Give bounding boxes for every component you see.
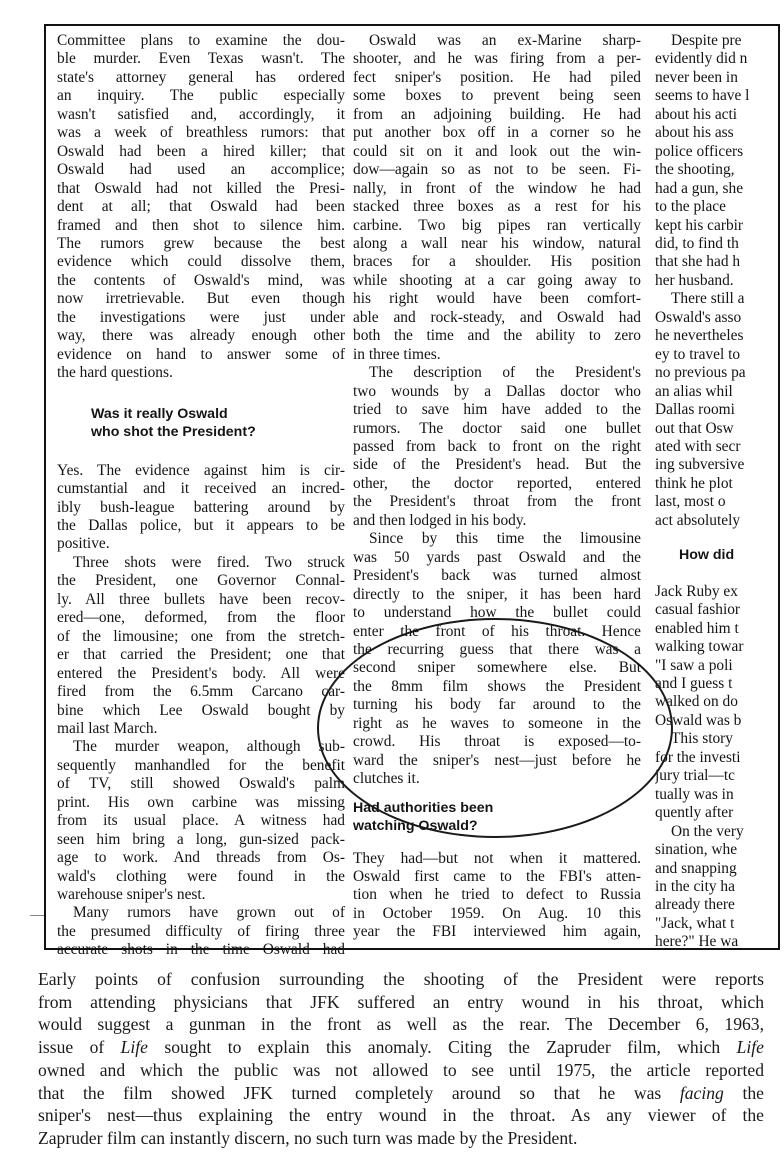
text-line: quently after xyxy=(655,804,775,822)
text-line: dow—again so as not to be seen. Fi- xyxy=(353,161,641,179)
caption-line: that the film showed JFK turned complete… xyxy=(38,1082,764,1105)
text-line: tually was in xyxy=(655,786,775,804)
text-line: clutches it. xyxy=(353,770,641,788)
article-column-2: Oswald was an ex-Marine sharp-shooter, a… xyxy=(353,32,641,942)
text-line: both the time and the ability to zero xyxy=(353,327,641,345)
text-line: enter the front of his throat. Hence xyxy=(353,623,641,641)
paragraph: They had—but not when it mattered.Oswald… xyxy=(353,850,641,942)
text-line: of the limousine; one from the stretch- xyxy=(57,628,345,646)
text-line: the President's throat from the front xyxy=(353,493,641,511)
article-column-3-clipped: Despite preevidently did nnever been ins… xyxy=(655,32,775,952)
text-line: did, to find th xyxy=(655,235,775,253)
text-line: tried to save him have added to the xyxy=(353,401,641,419)
text-line: carbine. Two big pipes ran vertically xyxy=(353,217,641,235)
text-line: directly to the sniper, it has been hard xyxy=(353,586,641,604)
text-line: dent at all; that Oswald had been xyxy=(57,198,345,216)
text-line: accurate shots in the time Oswald had xyxy=(57,941,345,959)
text-line: in the city ha xyxy=(655,878,775,896)
text-line: while shooting at a car going away to xyxy=(353,272,641,290)
text-line: the shooting, xyxy=(655,161,775,179)
text-line: ey to travel to xyxy=(655,346,775,364)
text-line: seen him bring a long, gun-sized pack- xyxy=(57,831,345,849)
text-line: that Oswald had not killed the Presi- xyxy=(57,180,345,198)
text-line: act absolutely xyxy=(655,512,775,530)
text-line: The rumors grew because the best xyxy=(57,235,345,253)
text-line: never been in xyxy=(655,69,775,87)
text-line: police officers xyxy=(655,143,775,161)
text-line: the presumed difficulty of firing three xyxy=(57,923,345,941)
paragraph: Many rumors have grown out ofthe presume… xyxy=(57,904,345,959)
section-heading: Was it really Oswaldwho shot the Preside… xyxy=(57,405,345,442)
text-line: to understand how the bullet could xyxy=(353,604,641,622)
caption-line: from attending physicians that JFK suffe… xyxy=(38,991,764,1014)
paragraph: Jack Ruby excasual fashiorenabled him tw… xyxy=(655,583,775,731)
text-line: ibly bush-league battering around by xyxy=(57,499,345,517)
text-line: ly. All three bullets have been recov- xyxy=(57,591,345,609)
text-line: casual fashior xyxy=(655,601,775,619)
text-line: the investigations were just under xyxy=(57,309,345,327)
text-line: her husband. xyxy=(655,272,775,290)
text-line: two wounds by a Dallas doctor who xyxy=(353,383,641,401)
text-line: Oswald first came to the FBI's atten- xyxy=(353,868,641,886)
text-line: state's attorney general has ordered xyxy=(57,69,345,87)
text-line: of TV, still showed Oswald's palm xyxy=(57,775,345,793)
text-line: Oswald was an ex-Marine sharp- xyxy=(353,32,641,50)
text-line: stacked three boxes as a rest for his xyxy=(353,198,641,216)
text-line: evidence which could dissolve them, xyxy=(57,253,345,271)
text-line: way, there was already enough other xyxy=(57,327,345,345)
text-line: crowd. His throat is exposed—to- xyxy=(353,733,641,751)
text-line: watching Oswald? xyxy=(353,817,641,836)
text-line: jury trial—tc xyxy=(655,767,775,785)
text-line: year the FBI interviewed him again, xyxy=(353,923,641,941)
text-line: ward the sniper's nest—just before he xyxy=(353,752,641,770)
text-line: Had authorities been xyxy=(353,799,641,818)
text-line: warehouse sniper's nest. xyxy=(57,886,345,904)
text-line: Committee plans to examine the dou- xyxy=(57,32,345,50)
text-line: walking towar xyxy=(655,638,775,656)
text-line: about his ass xyxy=(655,124,775,142)
text-line: out that Osw xyxy=(655,420,775,438)
text-line: right as he waves to someone in the xyxy=(353,715,641,733)
text-line: ered—one, deformed, from the floor xyxy=(57,609,345,627)
text-line: second sniper somewhere else. But xyxy=(353,659,641,677)
text-line: the Dallas police, but it appears to be xyxy=(57,517,345,535)
text-line: Despite pre xyxy=(655,32,775,50)
text-line: fired from the 6.5mm Carcano car- xyxy=(57,683,345,701)
text-line: in October 1959. On Aug. 10 this xyxy=(353,905,641,923)
text-line: evidently did n xyxy=(655,50,775,68)
text-line: evidence on hand to answer some of xyxy=(57,346,345,364)
text-line: was a week of breathless rumors: that xyxy=(57,124,345,142)
paragraph: Three shots were fired. Two struckthe Pr… xyxy=(57,554,345,739)
text-line: Oswald had been a hired killer; that xyxy=(57,143,345,161)
text-line: "I saw a poli xyxy=(655,657,775,675)
text-line: the contents of Oswald's mind, was xyxy=(57,272,345,290)
text-line: was 50 yards past Oswald and the xyxy=(353,549,641,567)
text-line: the recurring guess that there was a xyxy=(353,641,641,659)
text-line: entered the President's body. All were xyxy=(57,665,345,683)
text-line: an inquiry. The public especially xyxy=(57,87,345,105)
text-line: Yes. The evidence against him is cir- xyxy=(57,462,345,480)
text-line: bine which Lee Oswald bought by xyxy=(57,702,345,720)
text-line: cumstantial and it received an incred- xyxy=(57,480,345,498)
text-line: the 8mm film shows the President xyxy=(353,678,641,696)
text-line: his right would have been comfort- xyxy=(353,290,641,308)
text-line: Dallas roomi xyxy=(655,401,775,419)
text-line: he nevertheles xyxy=(655,327,775,345)
text-line: and snapping xyxy=(655,860,775,878)
caption-line: would suggest a gunman in the front as w… xyxy=(38,1013,764,1036)
text-line: the President, one Governor Connal- xyxy=(57,572,345,590)
paragraph: Committee plans to examine the dou-ble m… xyxy=(57,32,345,383)
text-line: They had—but not when it mattered. xyxy=(353,850,641,868)
text-line: along a wall near his window, natural xyxy=(353,235,641,253)
text-line: kept his carbir xyxy=(655,217,775,235)
text-line: This story xyxy=(655,730,775,748)
text-line: sination, whe xyxy=(655,841,775,859)
text-line: Oswald had used an accomplice; xyxy=(57,161,345,179)
text-line: in three times. xyxy=(353,346,641,364)
text-line: enabled him t xyxy=(655,620,775,638)
text-line: Jack Ruby ex xyxy=(655,583,775,601)
paragraph: There still aOswald's assohe nevertheles… xyxy=(655,290,775,530)
text-line: seems to have l xyxy=(655,87,775,105)
text-line: turning his body far around to the xyxy=(353,696,641,714)
caption-line: Zapruder film can instantly discern, no … xyxy=(38,1127,764,1150)
text-line: ble murder. Even Texas wasn't. The xyxy=(57,50,345,68)
book-caption: Early points of confusion surrounding th… xyxy=(38,968,764,1150)
text-line: the hard questions. xyxy=(57,364,345,382)
caption-line: owned and which the public was not allow… xyxy=(38,1059,764,1082)
text-line: could sit on it and look out the win- xyxy=(353,143,641,161)
paragraph: Yes. The evidence against him is cir-cum… xyxy=(57,462,345,554)
text-line: Since by this time the limousine xyxy=(353,530,641,548)
text-line: some boxes to prevent being seen xyxy=(353,87,641,105)
article-column-1: Committee plans to examine the dou-ble m… xyxy=(57,32,345,960)
paragraph: Oswald was an ex-Marine sharp-shooter, a… xyxy=(353,32,641,364)
text-line: wasn't satisfied and, accordingly, it xyxy=(57,106,345,124)
text-line: print. His own carbine was missing xyxy=(57,794,345,812)
text-line: ated with secr xyxy=(655,438,775,456)
text-line: last, most o xyxy=(655,493,775,511)
text-line: passed from back to front on the right xyxy=(353,438,641,456)
text-line: "Jack, what t xyxy=(655,915,775,933)
paragraph: Despite preevidently did nnever been ins… xyxy=(655,32,775,290)
text-line: er that carried the President; one that xyxy=(57,646,345,664)
text-line: no previous pa xyxy=(655,364,775,382)
text-line: Oswald's asso xyxy=(655,309,775,327)
text-line: Oswald was b xyxy=(655,712,775,730)
text-line: President's back was turned almost xyxy=(353,567,641,585)
text-line: to the place xyxy=(655,198,775,216)
text-line: and I guess t xyxy=(655,675,775,693)
text-line: mail last March. xyxy=(57,720,345,738)
text-line: walked on do xyxy=(655,693,775,711)
margin-tick-mark xyxy=(30,915,44,916)
text-line: other, the doctor reported, entered xyxy=(353,475,641,493)
text-line: from its usual place. A witness had xyxy=(57,812,345,830)
paragraph: The murder weapon, although sub-sequentl… xyxy=(57,738,345,904)
text-line: Many rumors have grown out of xyxy=(57,904,345,922)
paragraph: On the verysination, wheand snappingin t… xyxy=(655,823,775,952)
text-line: think he plot xyxy=(655,475,775,493)
text-line: that she had h xyxy=(655,253,775,271)
section-heading: Had authorities beenwatching Oswald? xyxy=(353,799,641,836)
text-line: rumors. The doctor said one bullet xyxy=(353,420,641,438)
text-line: side of the President's head. But the xyxy=(353,456,641,474)
text-line: ing subversive xyxy=(655,456,775,474)
section-heading: How did xyxy=(655,546,775,565)
paragraph: This storyfor the investijury trial—tctu… xyxy=(655,730,775,822)
text-line: fect sniper's position. He had piled xyxy=(353,69,641,87)
text-line: There still a xyxy=(655,290,775,308)
text-line: and then lodged in his body. xyxy=(353,512,641,530)
text-line: wald's clothing were found in the xyxy=(57,868,345,886)
text-line: had a gun, she xyxy=(655,180,775,198)
text-line: nally, in front of the window he had xyxy=(353,180,641,198)
text-line: Three shots were fired. Two struck xyxy=(57,554,345,572)
text-line: shooter, and he was firing from a per- xyxy=(353,50,641,68)
text-line: braces for a shoulder. His position xyxy=(353,253,641,271)
text-line: for the investi xyxy=(655,749,775,767)
text-line: Was it really Oswald xyxy=(91,405,345,424)
text-line: here?" He wa xyxy=(655,933,775,951)
caption-line: issue of Life sought to explain this ano… xyxy=(38,1036,764,1059)
article-clipping: Committee plans to examine the dou-ble m… xyxy=(44,24,780,950)
text-line: sequently manhandled for the benefit xyxy=(57,757,345,775)
text-line: put another box off in a corner so he xyxy=(353,124,641,142)
paragraph: The description of the President'stwo wo… xyxy=(353,364,641,530)
text-line: On the very xyxy=(655,823,775,841)
text-line: who shot the President? xyxy=(91,423,345,442)
paragraph: Since by this time the limousinewas 50 y… xyxy=(353,530,641,788)
text-line: able and rock-steady, and Oswald had xyxy=(353,309,641,327)
caption-line: Early points of confusion surrounding th… xyxy=(38,968,764,991)
text-line: now irretrievable. But even though xyxy=(57,290,345,308)
text-line: already there xyxy=(655,896,775,914)
text-line: framed and then shot to silence him. xyxy=(57,217,345,235)
text-line: age to work. And threads from Os- xyxy=(57,849,345,867)
text-line: tion when he tried to defect to Russia xyxy=(353,886,641,904)
text-line: positive. xyxy=(57,535,345,553)
text-line: The murder weapon, although sub- xyxy=(57,738,345,756)
caption-line: sniper's nest—thus explaining the entry … xyxy=(38,1104,764,1127)
text-line: from an adjoining building. He had xyxy=(353,106,641,124)
text-line: The description of the President's xyxy=(353,364,641,382)
text-line: an alias whil xyxy=(655,383,775,401)
text-line: about his acti xyxy=(655,106,775,124)
